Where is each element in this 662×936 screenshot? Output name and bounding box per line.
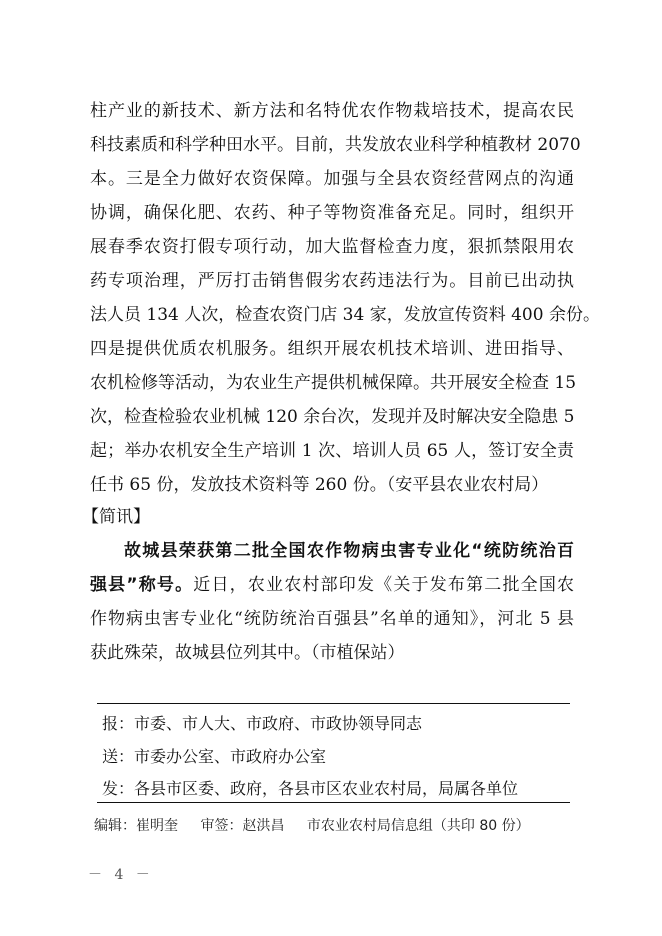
news-line: 作物病虫害专业化“统防统治百强县”名单的通知》，河北 5 县 xyxy=(90,602,574,636)
text-line: 柱产业的新技术、新方法和名特优农作物栽培技术，提高农民 xyxy=(90,94,574,128)
text-line: 科技素质和科学种田水平。目前，共发放农业科学种植教材 2070 xyxy=(90,128,574,162)
section-heading: 【简讯】 xyxy=(82,500,150,534)
text-line: 药专项治理，严厉打击销售假劣农药违法行为。目前已出动执 xyxy=(90,264,574,298)
distribution-issue: 发：各县市区委、政府，各县市区农业农村局，局属各单位 xyxy=(102,772,518,805)
text-line: 本。三是全力做好农资保障。加强与全县农资经营网点的沟通 xyxy=(90,162,574,196)
text-line: 展春季农资打假专项行动，加大监督检查力度，狠抓禁限用农 xyxy=(90,230,574,264)
news-brief: 故城县荣获第二批全国农作物病虫害专业化“统防统治百 强县”称号。近日，农业农村部… xyxy=(90,534,574,670)
text-line: 农机检修等活动，为农业生产提供机械保障。共开展安全检查 15 xyxy=(90,366,574,400)
text-line: 任书 65 份，发放技术资料等 260 份。（安平县农业农村局） xyxy=(90,468,574,502)
footer: 编辑：崔明奎 审签：赵洪昌 市农业农村局信息组（共印 80 份） xyxy=(94,815,548,835)
text-line: 法人员 134 人次，检查农资门店 34 家，发放宣传资料 400 余份。 xyxy=(90,298,574,332)
text-line: 四是提供优质农机服务。组织开展农机技术培训、进田指导、 xyxy=(90,332,574,366)
body-paragraph: 柱产业的新技术、新方法和名特优农作物栽培技术，提高农民 科技素质和科学种田水平。… xyxy=(90,94,574,502)
distribution-send: 送：市委办公室、市政府办公室 xyxy=(102,740,326,773)
text-line: 协调，确保化肥、农药、种子等物资准备充足。同时，组织开 xyxy=(90,196,574,230)
news-title-end: 强县”称号。 xyxy=(90,575,193,595)
news-line: 获此殊荣，故城县位列其中。（市植保站） xyxy=(90,636,574,670)
news-text: 近日，农业农村部印发《关于发布第二批全国农 xyxy=(193,575,574,595)
reviewer: 审签：赵洪昌 xyxy=(200,818,284,834)
page-number: － 4 － xyxy=(88,864,154,884)
news-line: 强县”称号。近日，农业农村部印发《关于发布第二批全国农 xyxy=(90,568,574,602)
text-line: 起；举办农机安全生产培训 1 次、培训人员 65 人，签订安全责 xyxy=(90,434,574,468)
distribution-report: 报：市委、市人大、市政府、市政协领导同志 xyxy=(102,707,422,740)
news-title: 故城县荣获第二批全国农作物病虫害专业化“统防统治百 xyxy=(124,541,574,561)
news-line: 故城县荣获第二批全国农作物病虫害专业化“统防统治百 xyxy=(90,534,574,568)
bottom-divider xyxy=(97,802,570,803)
publisher: 市农业农村局信息组（共印 80 份） xyxy=(307,818,530,834)
editor: 编辑：崔明奎 xyxy=(94,818,178,834)
top-divider xyxy=(97,703,570,704)
text-line: 次，检查检验农业机械 120 余台次，发现并及时解决安全隐患 5 xyxy=(90,400,574,434)
